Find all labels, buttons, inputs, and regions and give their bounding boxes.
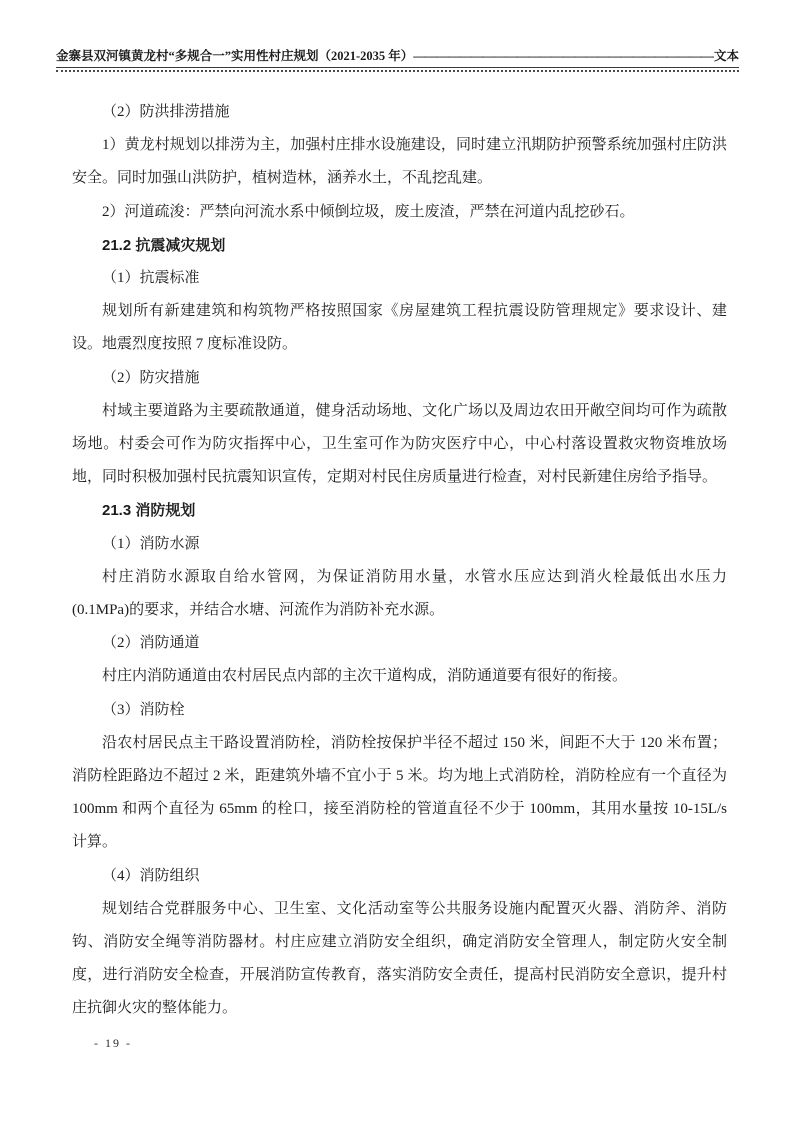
item-heading: （3）消防栓 [72, 694, 727, 727]
paragraph: 规划结合党群服务中心、卫生室、文化活动室等公共服务设施内配置灭火器、消防斧、消防… [72, 893, 727, 1026]
running-header-line: 金寨县双河镇黄龙村“多规合一”实用性村庄规划（2021-2035 年） ————… [56, 46, 739, 67]
paragraph: 沿农村居民点主干路设置消防栓，消防栓按保护半径不超过 150 米，间距不大于 1… [72, 727, 727, 860]
paragraph: 2）河道疏浚：严禁向河流水系中倾倒垃圾，废土废渣，严禁在河道内乱挖砂石。 [72, 196, 727, 229]
item-heading: （2）消防通道 [72, 627, 727, 660]
header-dash-fill: ——————————————————————————————— [413, 49, 714, 64]
section-heading: 21.3 消防规划 [72, 494, 727, 527]
item-heading: （2）防洪排涝措施 [72, 96, 727, 129]
document-page: 金寨县双河镇黄龙村“多规合一”实用性村庄规划（2021-2035 年） ————… [0, 0, 793, 1122]
page-footer: - 19 - [94, 1036, 132, 1051]
running-header: 金寨县双河镇黄龙村“多规合一”实用性村庄规划（2021-2035 年） ————… [56, 46, 739, 72]
paragraph: 1）黄龙村规划以排涝为主，加强村庄排水设施建设，同时建立汛期防护预警系统加强村庄… [72, 129, 727, 195]
item-heading: （1）消防水源 [72, 528, 727, 561]
page-number: - 19 - [94, 1036, 132, 1050]
paragraph: 村域主要道路为主要疏散通道，健身活动场地、文化广场以及周边农田开敞空间均可作为疏… [72, 395, 727, 495]
paragraph: 规划所有新建建筑和构筑物严格按照国家《房屋建筑工程抗震设防管理规定》要求设计、建… [72, 295, 727, 361]
section-heading: 21.2 抗震减灾规划 [72, 229, 727, 262]
item-heading: （4）消防组织 [72, 860, 727, 893]
item-heading: （1）抗震标准 [72, 262, 727, 295]
paragraph: 村庄内消防通道由农村居民点内部的主次干道构成，消防通道要有很好的衔接。 [72, 660, 727, 693]
document-body: （2）防洪排涝措施1）黄龙村规划以排涝为主，加强村庄排水设施建设，同时建立汛期防… [72, 96, 727, 1026]
item-heading: （2）防灾措施 [72, 362, 727, 395]
header-rule-thick [56, 70, 739, 72]
header-suffix-label: 文本 [714, 46, 739, 64]
document-title: 金寨县双河镇黄龙村“多规合一”实用性村庄规划（2021-2035 年） [56, 46, 413, 64]
paragraph: 村庄消防水源取自给水管网，为保证消防用水量，水管水压应达到消火栓最低出水压力(0… [72, 561, 727, 627]
